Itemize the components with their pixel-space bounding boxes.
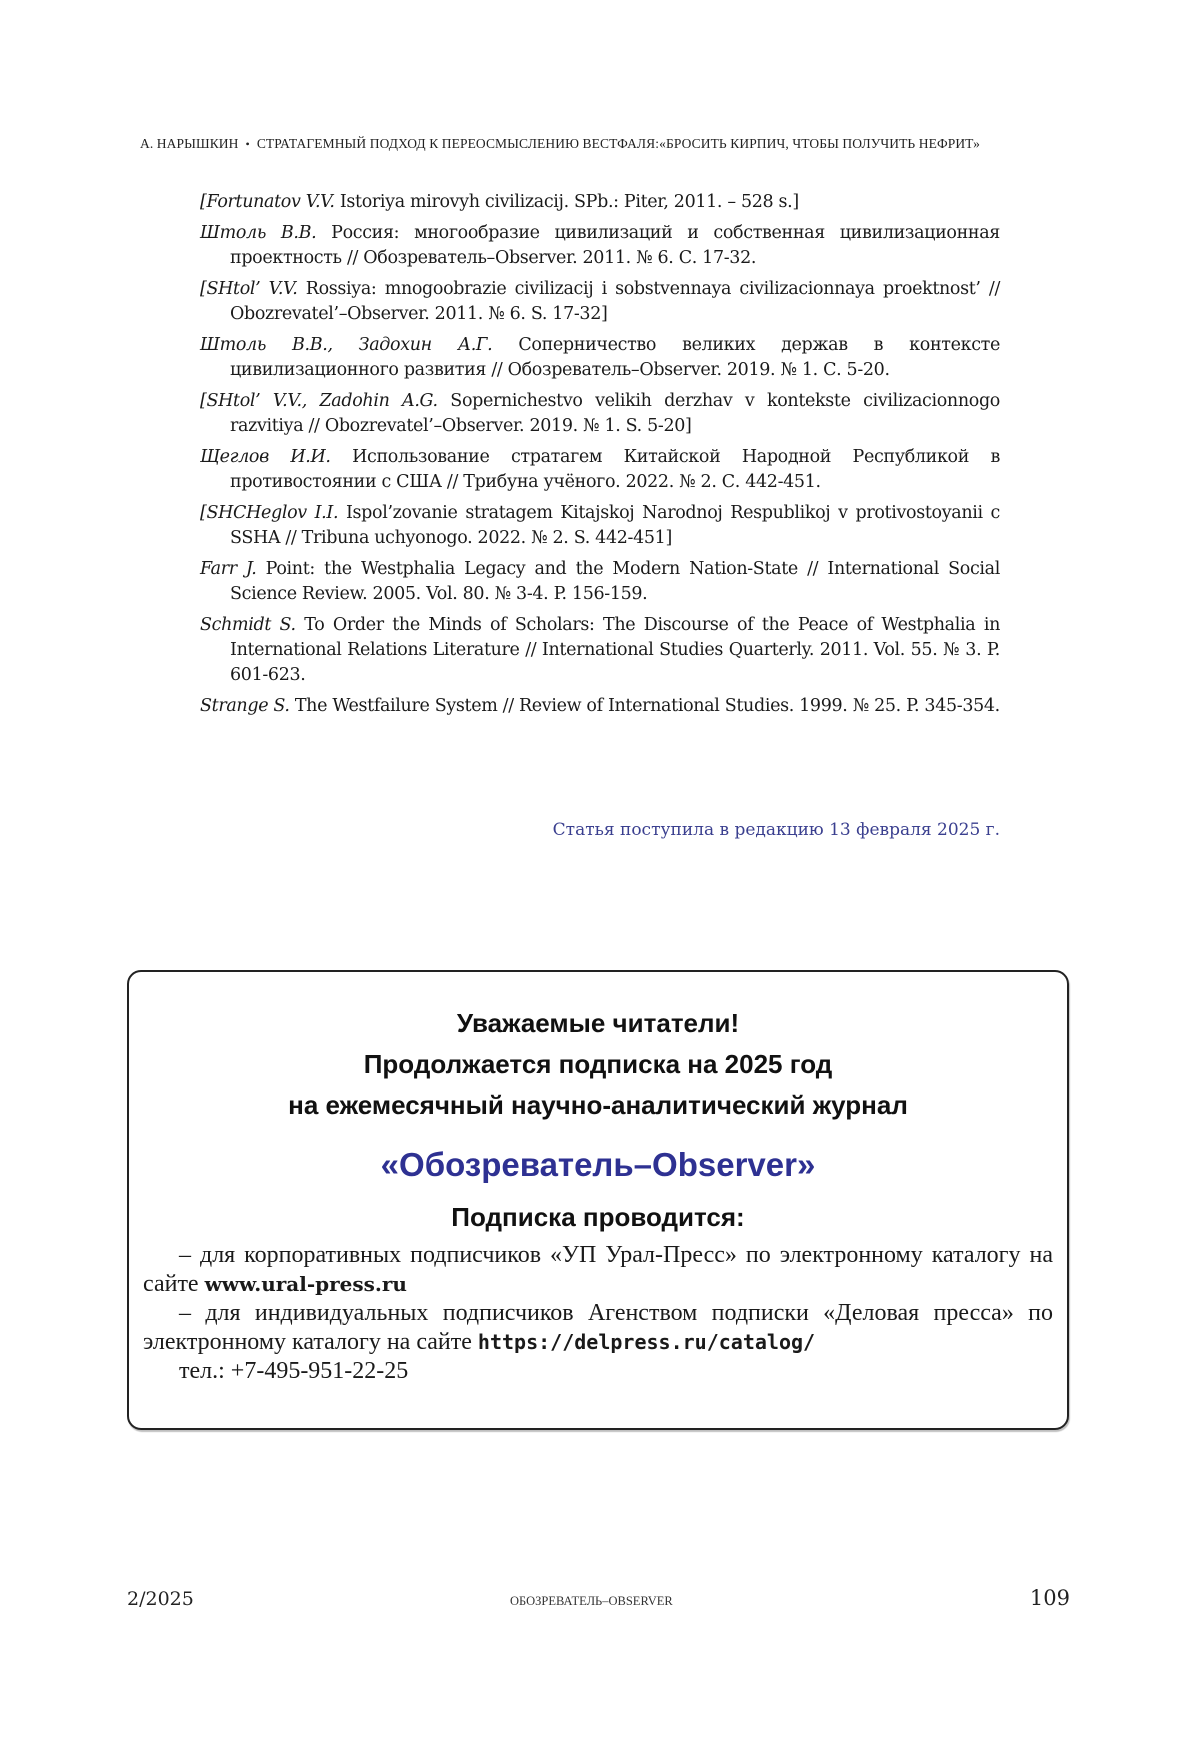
subscription-continues-line: Продолжается подписка на 2025 год [129, 1044, 1067, 1085]
bullet-separator: • [246, 137, 250, 151]
corporate-subscribers-paragraph: – для корпоративных подписчиков «УП Урал… [143, 1241, 1053, 1299]
reference-item: Farr J. Point: the Westphalia Legacy and… [200, 557, 1000, 607]
ural-press-link[interactable]: www.ural-press.ru [205, 1272, 407, 1296]
subscription-heading: Уважаемые читатели! Продолжается подписк… [129, 1003, 1067, 1126]
conducted-heading: Подписка проводится: [129, 1202, 1067, 1233]
reference-item: Щеглов И.И. Использование стратагем Кита… [200, 445, 1000, 495]
header-author: А. Нарышкин [140, 136, 239, 151]
running-header: А. Нарышкин•Стратагемный подход к переос… [140, 136, 1060, 152]
reference-list: [Fortunatov V.V. Istoriya mirovyh civili… [200, 190, 1000, 725]
received-date-note: Статья поступила в редакцию 13 февраля 2… [480, 820, 1000, 840]
journal-name: «Обозреватель–Observer» [129, 1146, 1067, 1184]
reference-item: Schmidt S. To Order the Minds of Scholar… [200, 613, 1000, 688]
reference-item: [SHtol’ V.V. Rossiya: mnogoobrazie civil… [200, 277, 1000, 327]
reference-item: [SHCHeglov I.I. Ispol’zovanie stratagem … [200, 501, 1000, 551]
delpress-catalog-link[interactable]: https://delpress.ru/catalog/ [478, 1330, 815, 1354]
individual-subscribers-paragraph: – для индивидуальных подписчиков Агенств… [143, 1299, 1053, 1357]
page-number: 109 [1010, 1586, 1070, 1610]
issue-number: 2/2025 [127, 1588, 194, 1610]
reference-item: [SHtol’ V.V., Zadohin A.G. Sopernichestv… [200, 389, 1000, 439]
reference-item: Strange S. The Westfailure System // Rev… [200, 694, 1000, 719]
reference-item: Штоль В.В., Задохин А.Г. Соперничество в… [200, 333, 1000, 383]
subscription-details: – для корпоративных подписчиков «УП Урал… [129, 1233, 1067, 1386]
subscription-announcement-box: Уважаемые читатели! Продолжается подписк… [127, 970, 1069, 1430]
greeting-line: Уважаемые читатели! [129, 1003, 1067, 1044]
journal-description-line: на ежемесячный научно-аналитический журн… [129, 1085, 1067, 1126]
phone-number: тел.: +7-495-951-22-25 [143, 1357, 1053, 1386]
footer-journal-name: Обозреватель–Observer [510, 1594, 673, 1609]
header-article-title: Стратагемный подход к переосмыслению Вес… [257, 136, 980, 151]
reference-item: Штоль В.В. Россия: многообразие цивилиза… [200, 221, 1000, 271]
reference-item: [Fortunatov V.V. Istoriya mirovyh civili… [200, 190, 1000, 215]
